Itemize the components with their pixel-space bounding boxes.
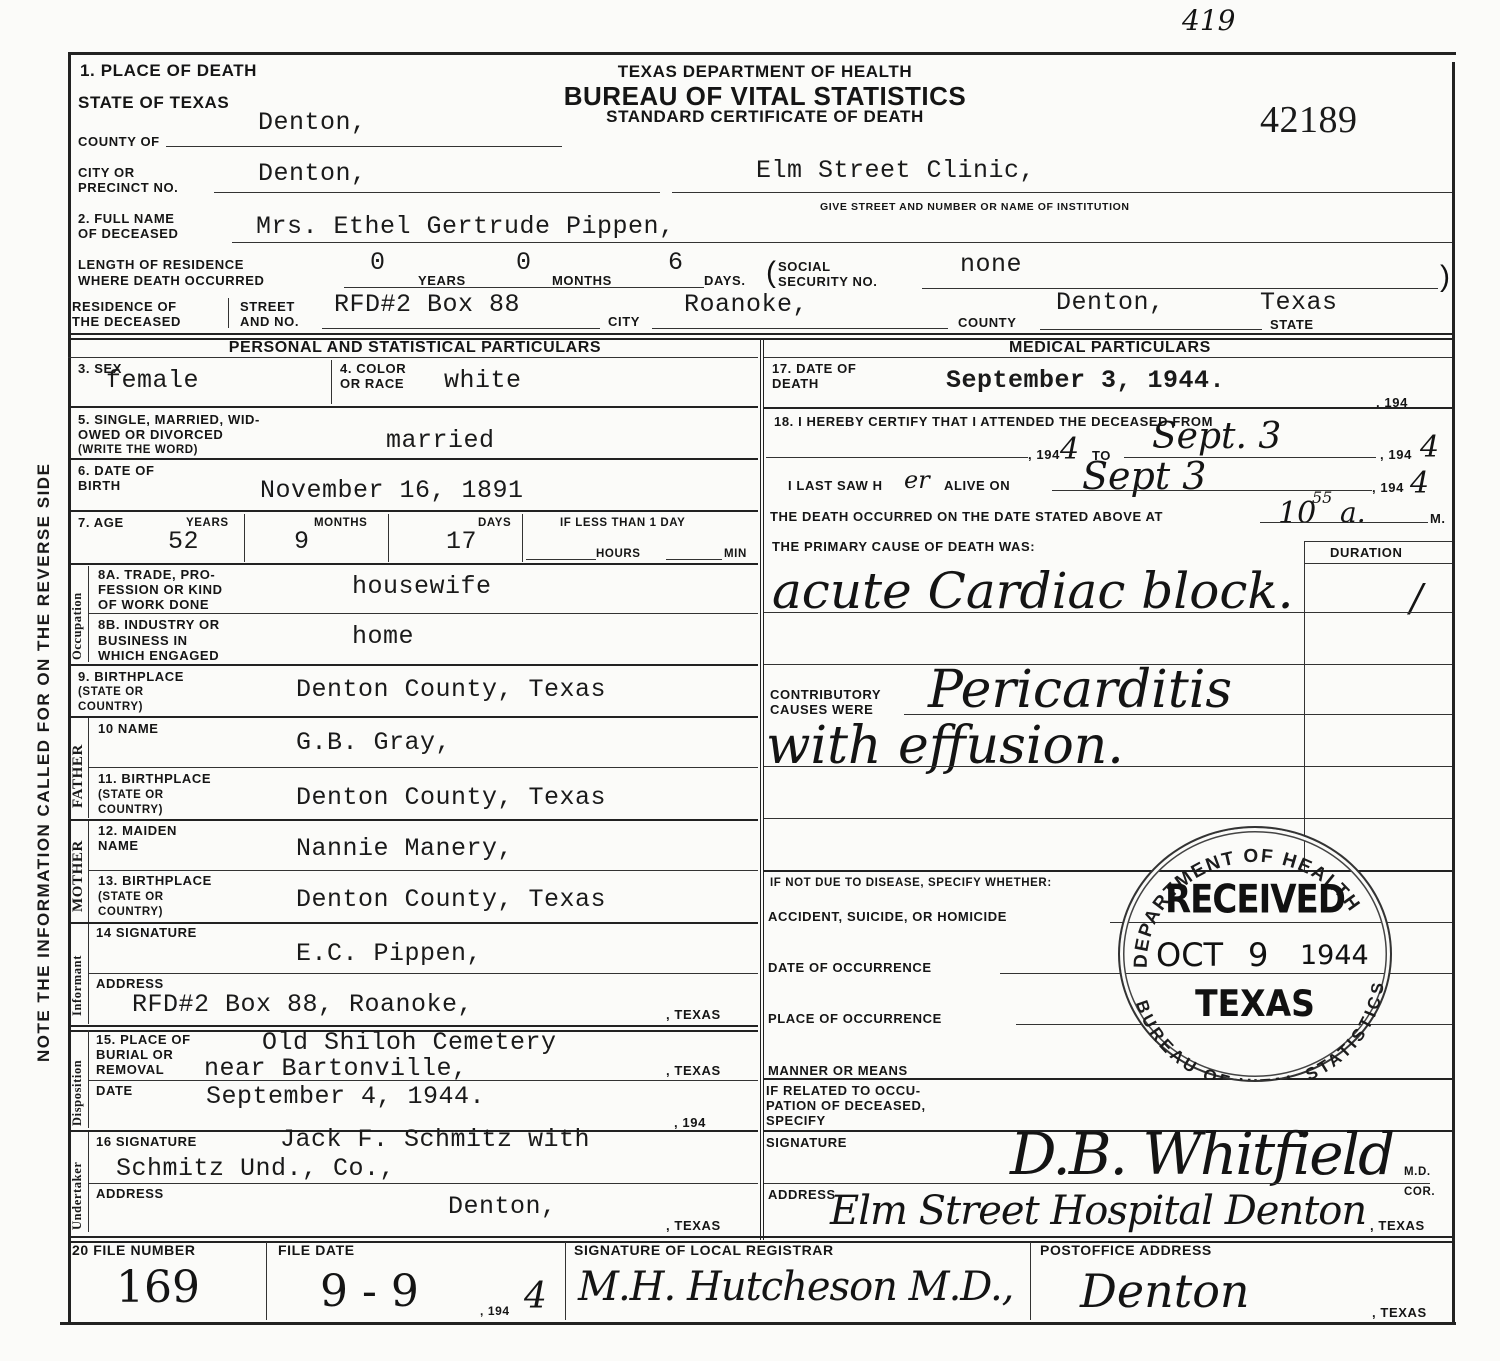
undertaker-side-divider [88,1132,89,1232]
father-birthplace-label-3: COUNTRY) [98,804,163,817]
death-time-ampm: a. [1340,496,1366,529]
attended-to-year-prefix: , 194 [1380,448,1412,462]
county-line [166,146,562,147]
race-label-1: 4. COLOR [340,362,406,376]
sex-value: female [106,368,199,394]
row-line-age [68,563,758,565]
row-line-father [68,819,758,821]
mother-birthplace-label-3: COUNTRY) [98,906,163,919]
residence-label-2: THE DECEASED [72,315,181,329]
file-number-label: 20 FILE NUMBER [72,1243,196,1257]
medical-section-title: MEDICAL PARTICULARS [770,340,1450,356]
informant-side-divider [88,924,89,1024]
physician-signature: D.B. Whitfield [1010,1120,1393,1188]
filing-divider-1 [266,1242,267,1320]
page-mark: 419 [1182,4,1235,37]
undertaker-state-suffix: , TEXAS [666,1219,721,1233]
contributory-line-b [764,766,1452,767]
certify-label: 18. I HEREBY CERTIFY THAT I ATTENDED THE… [774,415,1213,429]
burial-date-label: DATE [96,1084,133,1098]
frame-left [68,52,71,1324]
death-time-hour: 10 [1278,496,1316,531]
row-line-mother [68,922,758,924]
full-name-label-2: OF DECEASED [78,227,179,241]
ssn-value: none [960,252,1022,278]
full-name-line [232,242,1452,243]
dod-label-1: 17. DATE OF [772,362,856,376]
hours-line [526,559,596,560]
dob-label-1: 6. DATE OF [78,464,155,478]
res-city-label: CITY [608,315,640,329]
row-line-father-name [88,767,758,768]
duration-value: / [1410,576,1423,620]
residence-length-line [344,287,704,288]
file-date-label: FILE DATE [278,1243,355,1257]
row-line-marital [68,458,758,460]
contributory-label-1: CONTRIBUTORY [770,688,881,702]
postoffice-value: Denton [1080,1264,1250,1318]
registrar-signature: M.H. Hutcheson M.D., [578,1264,1013,1310]
undertaker-signature-line-1: Jack F. Schmitz with [280,1127,590,1153]
marital-label-3: (WRITE THE WORD) [78,444,198,457]
stamp-day: 9 [1248,936,1268,974]
age-label: 7. AGE [78,516,124,530]
physician-address: Elm Street Hospital Denton [830,1188,1366,1234]
race-label-2: OR RACE [340,377,404,391]
alive-on-label: ALIVE ON [944,479,1010,493]
age-months-label: MONTHS [314,517,367,530]
birthplace-label-1: 9. BIRTHPLACE [78,670,184,684]
row-line-mother-name [88,870,758,871]
marital-value: married [386,428,495,454]
occupation-related-label-1: IF RELATED TO OCCU- [766,1084,921,1098]
age-divider-2 [388,514,389,562]
hours-label: HOURS [596,548,641,561]
trade-label-3: OF WORK DONE [98,598,209,612]
res-county-value: Denton, [1056,290,1165,316]
residence-days: 6 [668,250,684,276]
contributory-line-2: with effusion. [766,716,1124,776]
row-line-informant-sig [88,973,758,974]
occupation-related-label-2: PATION OF DECEASED, [766,1099,926,1113]
city-label-2: PRECINCT NO. [78,181,178,195]
mother-maiden-value: Nannie Manery, [296,836,513,862]
age-divider-3 [522,514,523,562]
informant-state-suffix: , TEXAS [666,1008,721,1022]
res-state-label: STATE [1270,318,1314,332]
personal-section-title: PERSONAL AND STATISTICAL PARTICULARS [90,340,740,356]
trade-label-1: 8A. TRADE, PRO- [98,568,215,582]
accident-label: ACCIDENT, SUICIDE, OR HOMICIDE [768,910,1007,924]
father-side-divider [88,718,89,818]
dod-value: September 3, 1944. [946,368,1225,394]
ssn-label-1: SOCIAL [778,260,831,274]
mother-side-label: MOTHER [70,840,87,912]
ssn-label-2: SECURITY NO. [778,275,877,289]
personal-title-line [68,357,758,358]
residence-years: 0 [370,250,386,276]
last-saw-year-prefix: , 194 [1372,481,1404,495]
industry-label-2: BUSINESS IN [98,634,188,648]
stamp-received: RECEIVED [1160,877,1350,923]
mother-birthplace-label-1: 13. BIRTHPLACE [98,874,212,888]
contributory-line-c [764,818,1452,819]
age-years-value: 52 [168,529,199,555]
mother-birthplace-label-2: (STATE OR [98,891,164,904]
physician-signature-label: SIGNATURE [766,1136,847,1150]
frame-top [68,52,1456,55]
stamp-state: TEXAS [1180,982,1330,1025]
stamp-month: OCT [1156,936,1223,974]
m-suffix: M. [1430,512,1446,526]
certificate-number: 42189 [1260,100,1358,140]
father-side-label: FATHER [70,744,87,808]
death-time-label: THE DEATH OCCURRED ON THE DATE STATED AB… [770,510,1163,524]
mother-maiden-label-1: 12. MAIDEN [98,824,177,838]
state-of-texas-label: STATE OF TEXAS [78,94,229,112]
contributory-label-2: CAUSES WERE [770,703,873,717]
residence-brace [228,298,229,328]
marital-label-2: OWED OR DIVORCED [78,428,223,442]
file-date-value: 9 - 9 [320,1266,419,1317]
primary-cause-label: THE PRIMARY CAUSE OF DEATH WAS: [772,540,1035,554]
physician-state-suffix: , TEXAS [1370,1219,1425,1233]
certificate-type-title: STANDARD CERTIFICATE OF DEATH [520,108,1010,126]
age-days-label: DAYS [478,517,511,530]
father-birthplace-value: Denton County, Texas [296,785,606,811]
industry-value: home [352,624,414,650]
age-months-value: 9 [294,529,310,555]
attended-to-year: 4 [1420,430,1439,465]
disposition-side-divider [88,1030,89,1128]
filing-divider-2 [565,1242,566,1320]
months-label: MONTHS [552,274,612,288]
disposition-side-label: Disposition [70,1060,85,1126]
row-line-dob [68,510,758,512]
attended-from-year-prefix: , 194 [1028,448,1060,462]
md-label-2: COR. [1404,1186,1435,1199]
undertaker-address-label: ADDRESS [96,1187,164,1201]
ssn-line [922,288,1438,289]
physician-signature-line [764,1183,1430,1184]
medical-title-line [764,357,1452,358]
occupation-related-label-3: SPECIFY [766,1114,826,1128]
city-line [214,192,660,193]
county-value: Denton, [258,110,367,136]
last-saw-label: I LAST SAW H [788,479,883,493]
institution-hint: GIVE STREET AND NUMBER OR NAME OF INSTIT… [820,202,1130,213]
duration-top-line [1304,541,1452,542]
years-label: YEARS [418,274,466,288]
duration-label: DURATION [1330,546,1402,560]
undertaker-signature-label: 16 SIGNATURE [96,1135,197,1149]
dob-label-2: BIRTH [78,479,121,493]
mother-maiden-label-2: NAME [98,839,139,853]
row-line-dod [764,407,1452,409]
days-label: DAYS. [704,274,746,288]
res-county-label: COUNTY [958,316,1017,330]
row-line-sex [68,406,758,408]
last-saw-year: 4 [1410,466,1429,501]
ssn-open-paren: ( [766,256,776,290]
burial-date-value: September 4, 1944. [206,1084,485,1110]
last-saw-date: Sept 3 [1082,454,1206,498]
burial-year-suffix: , 194 [674,1116,706,1130]
res-city-line [652,328,948,329]
undertaker-address-value: Denton, [448,1194,557,1220]
postoffice-label: POSTOFFICE ADDRESS [1040,1243,1212,1257]
res-county-line [1040,329,1262,330]
dob-value: November 16, 1891 [260,478,524,504]
attended-from-line [766,457,1028,458]
file-number-value: 169 [116,1262,200,1313]
file-year-digit: 4 [524,1276,547,1317]
burial-place-line-1: Old Shiloh Cemetery [262,1030,557,1056]
bureau-title: BUREAU OF VITAL STATISTICS [490,82,1040,110]
full-name-value: Mrs. Ethel Gertrude Pippen, [256,214,675,240]
death-time-line [1260,522,1428,523]
date-occurrence-label: DATE OF OCCURRENCE [768,961,932,975]
race-value: white [444,368,522,394]
res-city-value: Roanoke, [684,292,808,318]
mother-birthplace-value: Denton County, Texas [296,887,606,913]
sex-race-divider [331,360,332,404]
not-disease-label: IF NOT DUE TO DISEASE, SPECIFY WHETHER: [770,877,1052,890]
row-line-undertaker-sig [88,1183,758,1184]
min-line [666,559,722,560]
marital-label-1: 5. SINGLE, MARRIED, WID- [78,413,260,427]
informant-signature-value: E.C. Pippen, [296,941,482,967]
county-label: COUNTY OF [78,135,160,149]
city-value: Denton, [258,161,367,187]
row-line-birthplace [68,716,758,718]
informant-address-value: RFD#2 Box 88, Roanoke, [132,992,473,1018]
received-stamp: DEPARTMENT OF HEALTH BUREAU OF VITAL STA… [1118,826,1392,1082]
burial-label-1: 15. PLACE OF [96,1033,191,1047]
row-line-industry [68,664,758,666]
full-name-label-1: 2. FULL NAME [78,212,175,226]
md-label-1: M.D. [1404,1166,1431,1179]
residence-months: 0 [516,250,532,276]
death-time-minute: 55 [1312,488,1332,507]
burial-label-3: REMOVAL [96,1063,164,1077]
manner-label: MANNER OR MEANS [768,1064,908,1078]
street-line [322,328,600,329]
institution-line [672,192,1452,193]
column-divider [760,340,764,1240]
father-name-label: 10 NAME [98,722,159,736]
father-birthplace-label-2: (STATE OR [98,789,164,802]
postoffice-state-suffix: , TEXAS [1372,1306,1427,1320]
trade-value: housewife [352,574,492,600]
attended-to-value: Sept. 3 [1152,416,1281,457]
father-name-value: G.B. Gray, [296,730,451,756]
res-state-value: Texas [1260,290,1338,316]
industry-label-1: 8B. INDUSTRY OR [98,618,220,632]
frame-bottom [60,1322,1456,1325]
last-saw-pronoun: er [904,466,930,494]
residence-length-label-2: WHERE DEATH OCCURRED [78,274,265,288]
place-occurrence-label: PLACE OF OCCURRENCE [768,1012,942,1026]
registrar-label: SIGNATURE OF LOCAL REGISTRAR [574,1243,834,1257]
department-title: TEXAS DEPARTMENT OF HEALTH [520,63,1010,81]
industry-label-3: WHICH ENGAGED [98,649,219,663]
row-line-trade [88,613,758,614]
row-line-burial [88,1080,758,1081]
city-label-1: CITY OR [78,166,135,180]
min-label: MIN [724,548,747,561]
residence-length-label-1: LENGTH OF RESIDENCE [78,258,244,272]
filing-divider-3 [1030,1242,1031,1320]
birthplace-label-3: COUNTRY) [78,701,143,714]
age-days-value: 17 [446,529,477,555]
street-label-2: AND NO. [240,315,299,329]
occupation-side-label: Occupation [70,592,85,660]
occupation-side-divider [88,566,89,662]
less-than-day-label: IF LESS THAN 1 DAY [560,517,685,530]
file-year-prefix: , 194 [480,1304,510,1318]
birthplace-value: Denton County, Texas [296,677,606,703]
trade-label-2: FESSION OR KIND [98,583,223,597]
birthplace-label-2: (STATE OR [78,686,144,699]
undertaker-signature-line-2: Schmitz Und., Co., [116,1156,395,1182]
dod-label-2: DEATH [772,377,819,391]
burial-label-2: BURIAL OR [96,1048,173,1062]
undertaker-side-label: Undertaker [70,1162,85,1231]
duration-header-line [1304,563,1452,564]
father-birthplace-label-1: 11. BIRTHPLACE [98,772,211,786]
age-divider-1 [244,514,245,562]
duration-divider [1304,541,1305,871]
stamp-year: 1944 [1300,940,1369,971]
physician-address-label: ADDRESS [768,1188,836,1202]
ssn-close-paren: ) [1440,260,1450,294]
street-value: RFD#2 Box 88 [334,292,520,318]
place-of-death-label: 1. PLACE OF DEATH [80,62,257,80]
cause-line-1 [764,612,1452,613]
attended-from-year: 4 [1060,432,1079,467]
frame-right [1452,62,1455,1324]
reverse-side-note: NOTE THE INFORMATION CALLED FOR ON THE R… [34,463,54,1062]
burial-place-line-2: near Bartonville, [204,1056,468,1082]
informant-signature-label: 14 SIGNATURE [96,926,197,940]
informant-side-label: Informant [70,955,85,1016]
informant-address-label: ADDRESS [96,977,164,991]
burial-state-suffix: , TEXAS [666,1064,721,1078]
mother-side-divider [88,821,89,923]
residence-label-1: RESIDENCE OF [72,300,177,314]
street-label-1: STREET [240,300,295,314]
contributory-line-1: Pericarditis [928,660,1232,720]
institution-value: Elm Street Clinic, [756,158,1035,184]
contributory-line-a [904,714,1452,715]
